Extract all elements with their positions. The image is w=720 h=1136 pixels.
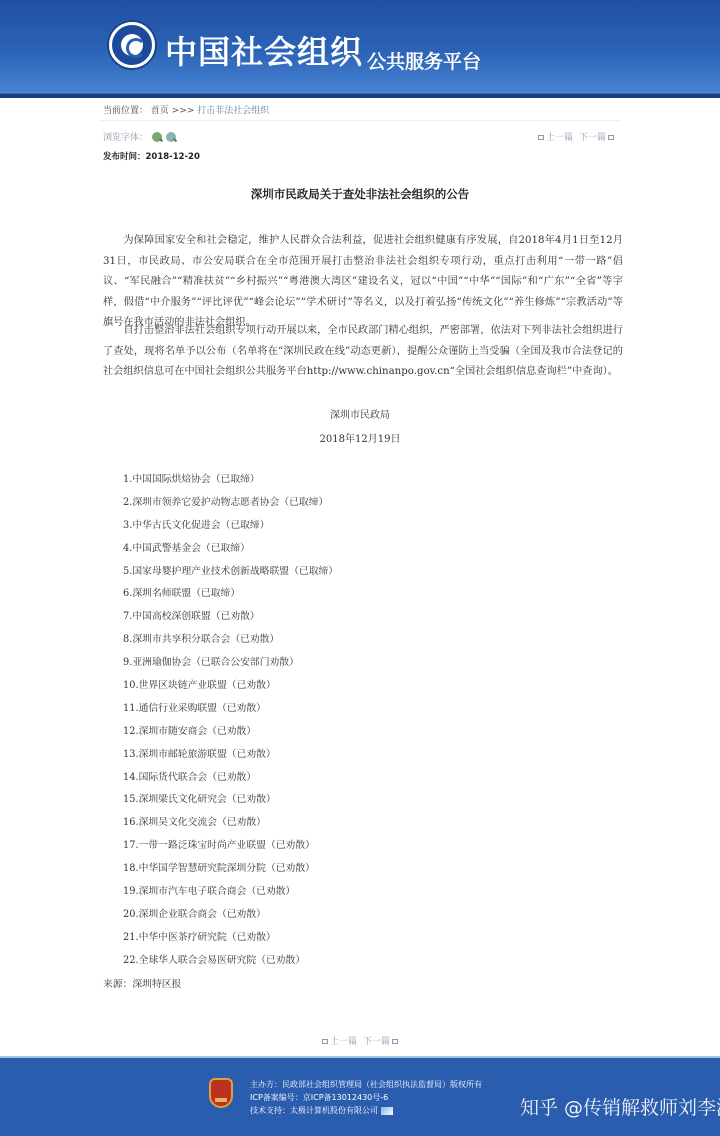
prev-article-link[interactable]: 上一篇: [536, 130, 573, 143]
list-item: 17.一带一路泛珠宝时尚产业联盟（已劝散）: [123, 835, 338, 858]
breadcrumb-current[interactable]: 打击非法社会组织: [197, 106, 269, 116]
list-item: 8.深圳市共享积分联合会（已劝散）: [123, 629, 338, 652]
list-item: 9.亚洲瑜伽协会（已联合公安部门劝散）: [123, 652, 338, 675]
article-source: 来源：深圳特区报: [103, 976, 181, 990]
footer-support: 技术支持：太极计算机股份有限公司: [250, 1104, 482, 1117]
site-subtitle: 公共服务平台: [367, 47, 481, 74]
site-title[interactable]: 中国社会组织: [165, 27, 363, 73]
list-item: 21.中华中医茶疗研究院（已劝散）: [123, 927, 338, 950]
square-icon: [392, 1039, 398, 1044]
font-size-label: 浏览字体：: [103, 130, 148, 143]
signature: 深圳市民政局: [0, 406, 720, 421]
list-item: 3.中华古氏文化促进会（已取缔）: [123, 515, 338, 538]
pager-top: 上一篇 下一篇: [536, 130, 616, 143]
square-icon: [322, 1039, 328, 1044]
list-item: 15.深圳梁氏文化研究会（已劝散）: [123, 789, 338, 812]
list-item: 4.中国武警基金会（已取缔）: [123, 538, 338, 561]
site-logo-icon[interactable]: [109, 22, 155, 68]
list-item: 6.深圳名师联盟（已取缔）: [123, 583, 338, 606]
footer-icp[interactable]: ICP备案编号：京ICP备13012430号-6: [250, 1091, 482, 1104]
list-item: 10.世界区块链产业联盟（已劝散）: [123, 675, 338, 698]
article-paragraph: 自打击整治非法社会组织专项行动开展以来，全市民政部门精心组织，严密部署，依法对下…: [103, 321, 623, 383]
support-logo-icon: [381, 1107, 393, 1115]
pager-bottom: 上一篇 下一篇: [0, 1034, 720, 1047]
zoom-in-icon[interactable]: [152, 132, 162, 142]
article-title: 深圳市民政局关于查处非法社会组织的公告: [0, 186, 720, 202]
divider: [100, 120, 620, 121]
list-item: 11.通信行业采购联盟（已劝散）: [123, 698, 338, 721]
header-divider: [0, 92, 720, 98]
square-icon: [538, 135, 544, 140]
list-item: 5.国家母婴护理产业技术创新战略联盟（已取缔）: [123, 561, 338, 584]
list-item: 22.全球华人联合会易医研究院（已劝散）: [123, 950, 338, 973]
next-article-link[interactable]: 下一篇: [363, 1034, 400, 1047]
watermark: 知乎 @传销解救师刘李泳: [520, 1093, 720, 1120]
article-paragraph: 为保障国家安全和社会稳定，维护人民群众合法利益，促进社会组织健康有序发展，自20…: [103, 231, 623, 334]
footer-info: 主办方：民政部社会组织管理局（社会组织执法监督局）版权所有 ICP备案编号：京I…: [250, 1078, 482, 1117]
breadcrumb-label: 当前位置：: [103, 106, 148, 116]
publish-time: 发布时间：2018-12-20: [103, 150, 200, 162]
list-item: 13.深圳市邮轮旅游联盟（已劝散）: [123, 744, 338, 767]
font-size-controls: 浏览字体：: [103, 130, 176, 143]
list-item: 12.深圳市随安商会（已劝散）: [123, 721, 338, 744]
list-item: 2.深圳市领养它爱护动物志愿者协会（已取缔）: [123, 492, 338, 515]
next-article-link[interactable]: 下一篇: [579, 130, 616, 143]
zoom-out-icon[interactable]: [166, 132, 176, 142]
square-icon: [608, 135, 614, 140]
list-item: 20.深圳企业联合商会（已劝散）: [123, 904, 338, 927]
sign-date: 2018年12月19日: [0, 430, 720, 445]
breadcrumb: 当前位置： 首页 >>> 打击非法社会组织: [103, 103, 269, 116]
list-item: 19.深圳市汽车电子联合商会（已劝散）: [123, 881, 338, 904]
list-item: 14.国际货代联合会（已劝散）: [123, 767, 338, 790]
breadcrumb-home[interactable]: 首页: [151, 106, 169, 116]
list-item: 1.中国国际烘焙协会（已取缔）: [123, 469, 338, 492]
list-item: 16.深圳吴文化交流会（已劝散）: [123, 812, 338, 835]
breadcrumb-separator: >>>: [172, 106, 195, 116]
organization-list: 1.中国国际烘焙协会（已取缔） 2.深圳市领养它爱护动物志愿者协会（已取缔） 3…: [123, 469, 338, 973]
prev-article-link[interactable]: 上一篇: [320, 1034, 357, 1047]
footer-sponsor: 主办方：民政部社会组织管理局（社会组织执法监督局）版权所有: [250, 1078, 482, 1091]
list-item: 18.中华国学智慧研究院深圳分院（已劝散）: [123, 858, 338, 881]
police-badge-icon[interactable]: [209, 1078, 233, 1108]
list-item: 7.中国高校深创联盟（已劝散）: [123, 606, 338, 629]
